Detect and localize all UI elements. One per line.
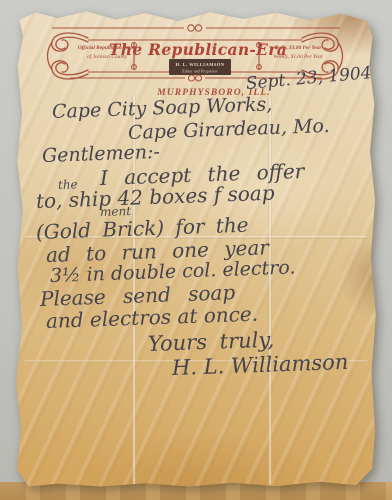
editor-title: Editor and Proprietor <box>182 69 218 74</box>
tagline-left-line-2: of Jackson County <box>87 53 127 60</box>
salutation: Gentlemen:- <box>42 141 161 167</box>
signature: H. L. Williamson <box>172 350 349 380</box>
insertion-the: the <box>58 177 78 192</box>
closing: Yours truly, <box>148 328 275 356</box>
tagline-right-line-1: Daily, $3.00 Per Year <box>274 44 323 51</box>
letter-paper: The Republican-Era Official Republican P… <box>14 8 378 488</box>
scroll-ornament-left <box>48 33 89 79</box>
fold-line-right <box>268 96 272 484</box>
paper-wrap: The Republican-Era Official Republican P… <box>0 0 392 500</box>
tagline-right-line-2: Weekly, $1.00 Per Year <box>273 53 324 60</box>
photo-backdrop: The Republican-Era Official Republican P… <box>0 0 392 500</box>
editor-name: H. L. WILLIAMSON <box>176 62 225 67</box>
letterhead-ornament: The Republican-Era Official Republican P… <box>22 18 368 108</box>
recipient-line-2: Cape Girardeau, Mo. <box>128 115 330 144</box>
tagline-left-line-1: Official Republican Paper <box>78 45 137 51</box>
